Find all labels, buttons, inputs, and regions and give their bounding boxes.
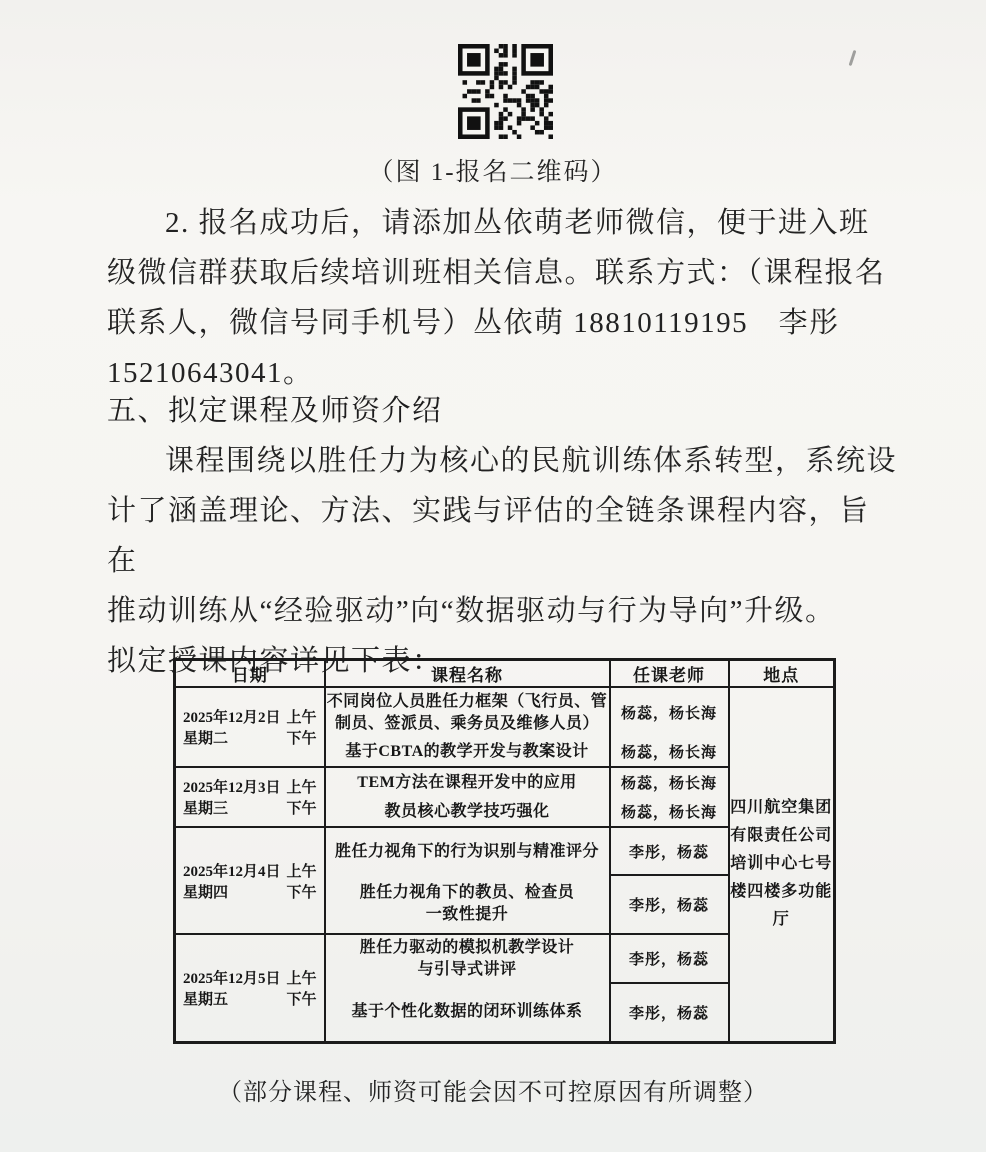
weekday-text: 星期四 — [183, 881, 228, 902]
course-cell: 不同岗位人员胜任力框架（飞行员、管 制员、签派员、乘务员及维修人员） — [325, 687, 610, 737]
course-schedule-table-wrap: 日期 课程名称 任课老师 地点 2025年12月2日上午 星期二下午 不同岗位人… — [173, 658, 836, 1044]
date-cell-dec2: 2025年12月2日上午 星期二下午 — [175, 687, 325, 767]
date-cell-dec5: 2025年12月5日上午 星期五下午 — [175, 934, 325, 1042]
course-intro-paragraph: 课程围绕以胜任力为核心的民航训练体系转型，系统设 计了涵盖理论、方法、实践与评估… — [107, 436, 897, 686]
course-cell: 教员核心教学技巧强化 — [325, 797, 610, 827]
section-block: 五、拟定课程及师资介绍 课程围绕以胜任力为核心的民航训练体系转型，系统设 计了涵… — [107, 386, 897, 686]
pm-label: 下午 — [286, 727, 316, 748]
date-text: 2025年12月3日 — [183, 776, 281, 797]
date-cell-dec3: 2025年12月3日上午 星期三下午 — [175, 767, 325, 827]
col-header-course: 课程名称 — [325, 660, 610, 688]
col-header-location: 地点 — [729, 660, 835, 688]
teacher-cell: 李彤，杨蕊 — [610, 827, 729, 875]
teacher-cell: 李彤，杨蕊 — [610, 983, 729, 1042]
course-cell: 胜任力视角下的行为识别与精准评分 — [325, 827, 610, 875]
date-text: 2025年12月4日 — [183, 860, 281, 881]
col-header-date: 日期 — [175, 660, 325, 688]
course-cell: 胜任力视角下的教员、检查员 一致性提升 — [325, 875, 610, 934]
am-label: 上午 — [286, 776, 316, 797]
teacher-cell: 杨蕊，杨长海 — [610, 767, 729, 797]
qr-code — [458, 44, 553, 139]
course-cell: 基于CBTA的教学开发与教案设计 — [325, 737, 610, 767]
teacher-cell: 李彤，杨蕊 — [610, 934, 729, 983]
teacher-cell: 杨蕊，杨长海 — [610, 687, 729, 737]
col-header-teacher: 任课老师 — [610, 660, 729, 688]
course-cell: 基于个性化数据的闭环训练体系 — [325, 983, 610, 1042]
scanned-document-page: （图 1-报名二维码） 2. 报名成功后，请添加丛依萌老师微信，便于进入班 级微… — [0, 0, 986, 1152]
course-cell: TEM方法在课程开发中的应用 — [325, 767, 610, 797]
course-cell: 胜任力驱动的模拟机教学设计 与引导式讲评 — [325, 934, 610, 983]
am-label: 上午 — [286, 706, 316, 727]
location-cell: 四川航空集团有限责任公司培训中心七号楼四楼多功能厅 — [729, 687, 835, 1042]
teacher-cell: 李彤，杨蕊 — [610, 875, 729, 934]
weekday-text: 星期二 — [183, 727, 228, 748]
pm-label: 下午 — [286, 881, 316, 902]
weekday-text: 星期三 — [183, 797, 228, 818]
table-row: 2025年12月2日上午 星期二下午 不同岗位人员胜任力框架（飞行员、管 制员、… — [175, 687, 835, 737]
section-heading: 五、拟定课程及师资介绍 — [107, 386, 897, 436]
adjustment-note: （部分课程、师资可能会因不可控原因有所调整） — [0, 1072, 986, 1107]
teacher-cell: 杨蕊，杨长海 — [610, 737, 729, 767]
course-schedule-table: 日期 课程名称 任课老师 地点 2025年12月2日上午 星期二下午 不同岗位人… — [173, 658, 836, 1044]
date-text: 2025年12月5日 — [183, 967, 281, 988]
figure-caption: （图 1-报名二维码） — [0, 152, 986, 188]
scan-artifact-mark — [849, 50, 857, 66]
am-label: 上午 — [286, 967, 316, 988]
teacher-cell: 杨蕊，杨长海 — [610, 797, 729, 827]
pm-label: 下午 — [286, 988, 316, 1009]
date-cell-dec4: 2025年12月4日上午 星期四下午 — [175, 827, 325, 934]
am-label: 上午 — [286, 860, 316, 881]
date-text: 2025年12月2日 — [183, 706, 281, 727]
pm-label: 下午 — [286, 797, 316, 818]
registration-paragraph: 2. 报名成功后，请添加丛依萌老师微信，便于进入班 级微信群获取后续培训班相关信… — [107, 198, 897, 398]
weekday-text: 星期五 — [183, 988, 228, 1009]
